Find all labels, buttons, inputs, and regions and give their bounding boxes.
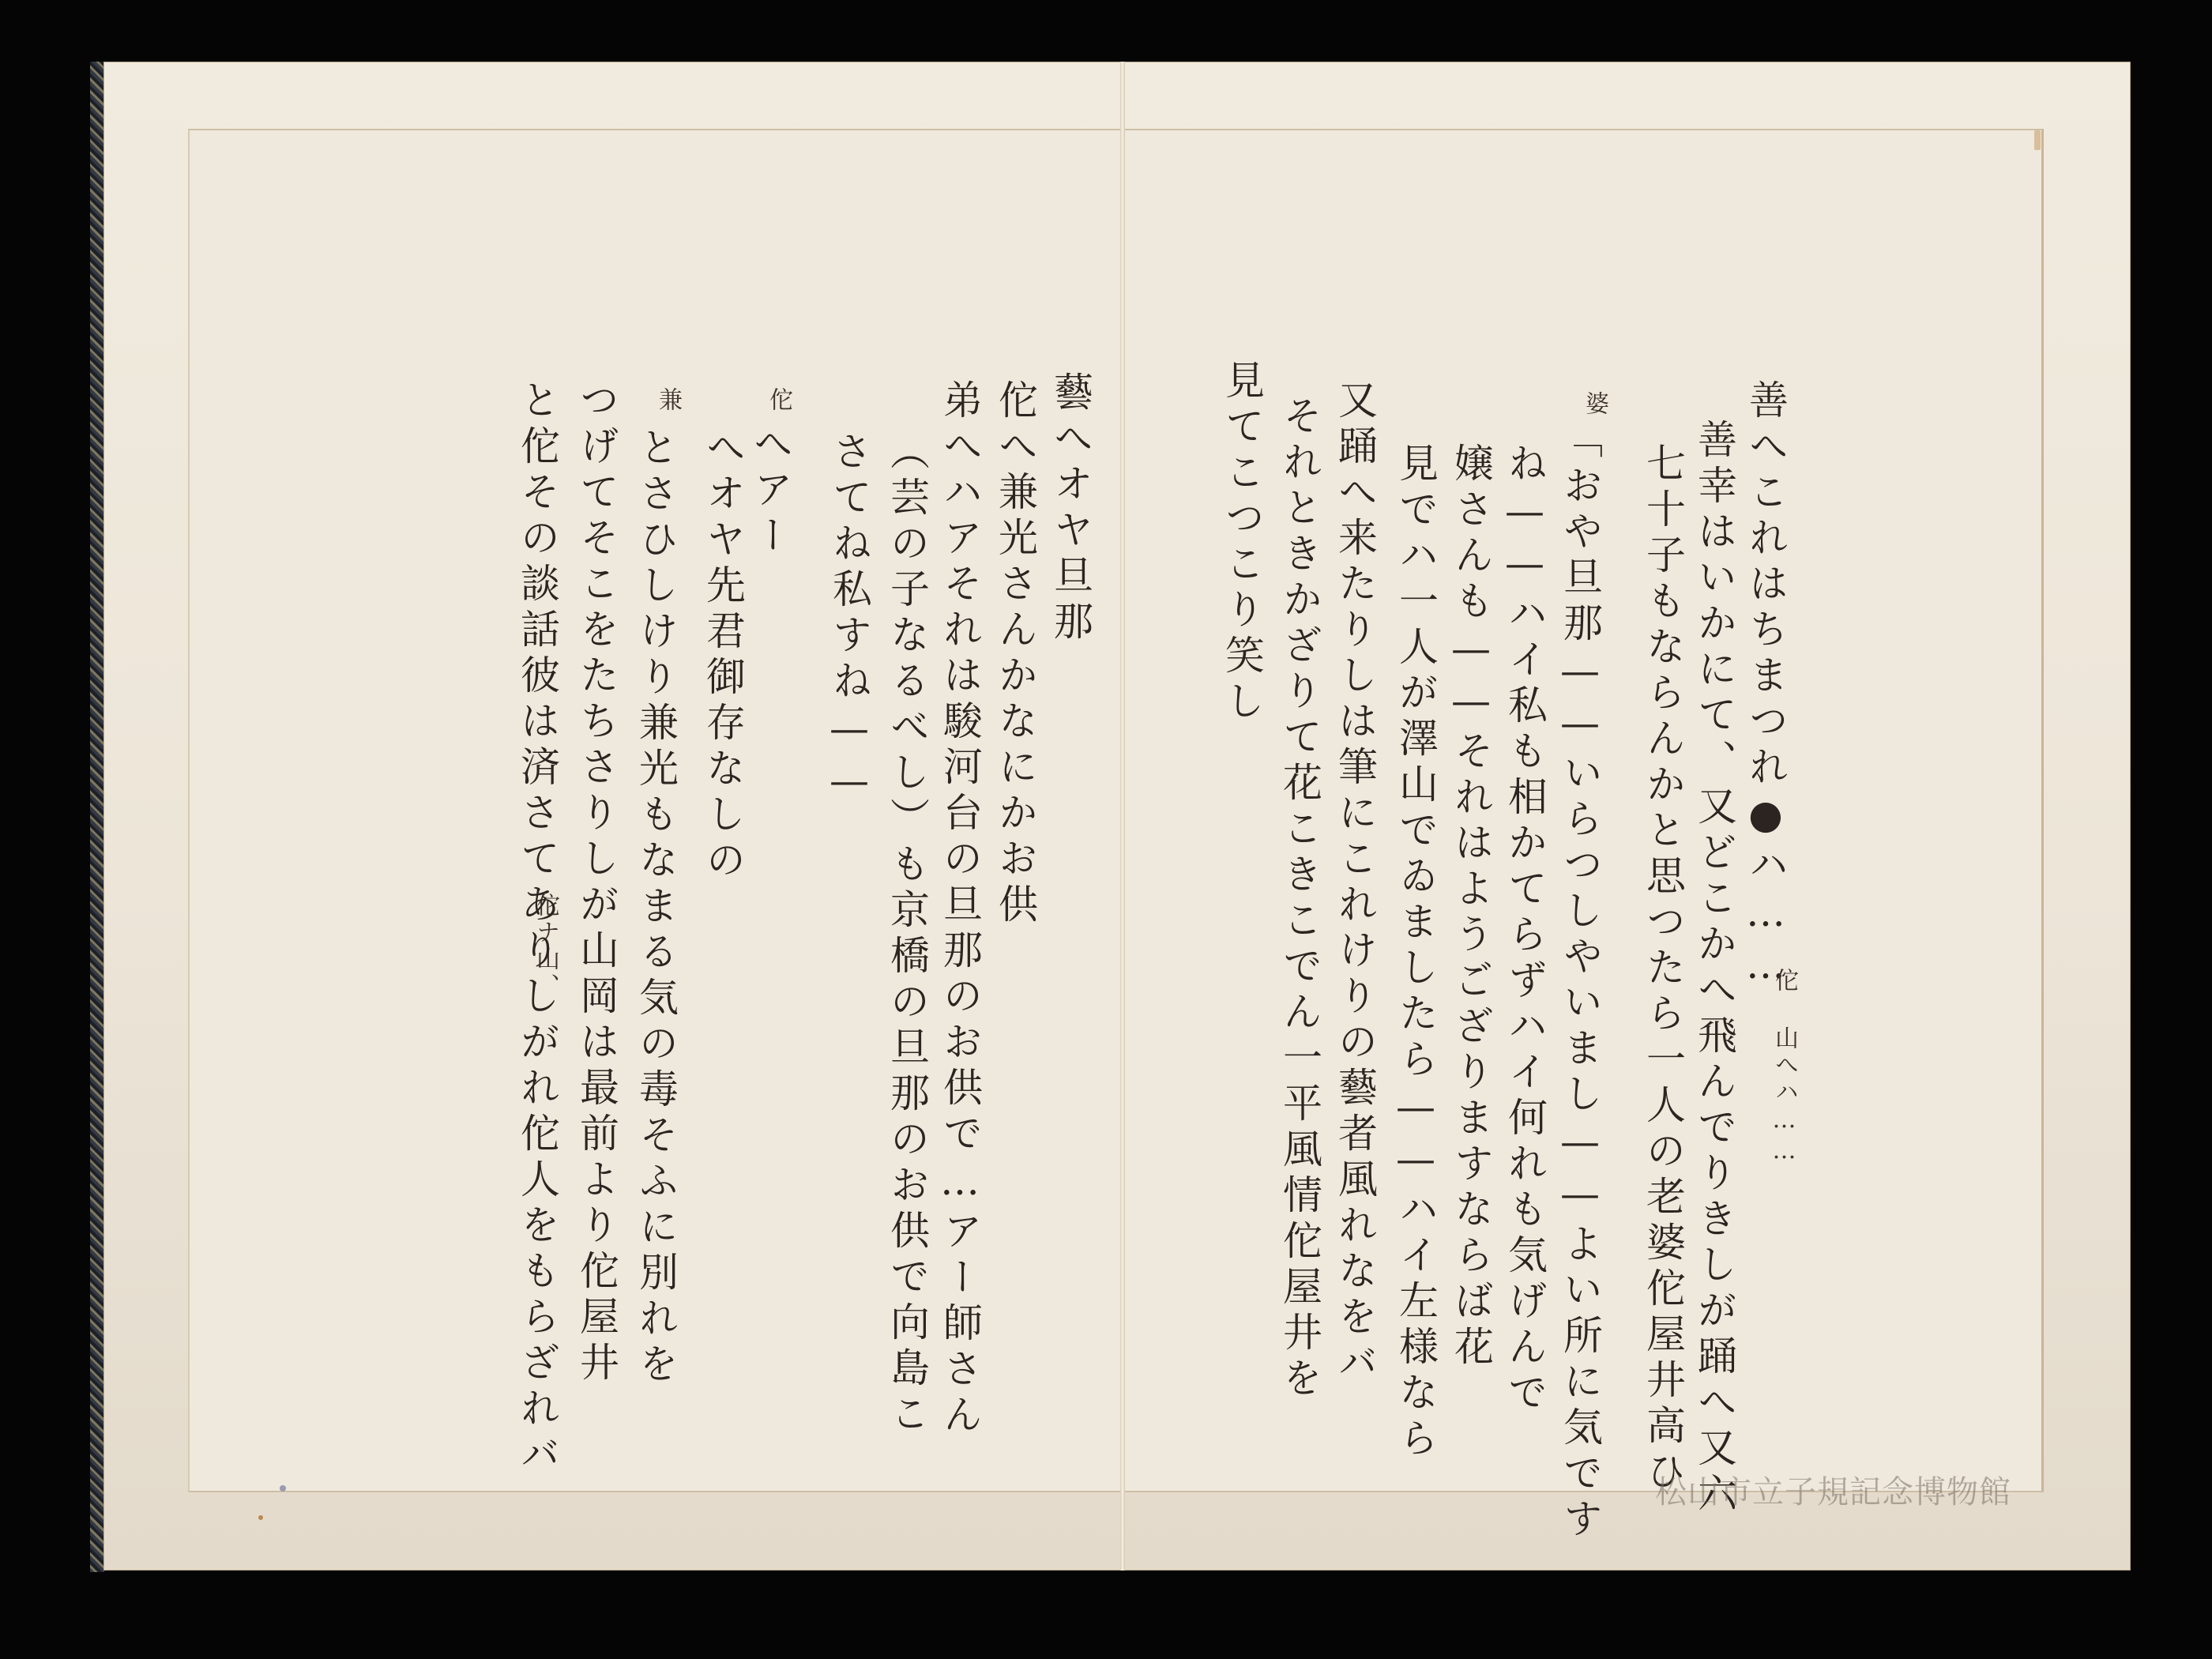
brocade-spine (90, 62, 104, 1572)
manuscript-column: 弟へハアそれは駿河台の旦那のお供で…アー師さん (940, 379, 980, 1439)
manuscript-column: へオヤ先君御存なしの (703, 427, 743, 885)
manuscript-column: 兼 (656, 387, 679, 414)
manuscript-column: 佗へ兼光さんかなにかお供 (995, 379, 1035, 929)
manuscript-column: 佗 山へハ…… (1772, 968, 1796, 1168)
manuscript-column: 善幸はいかにて、又どこかへ飛んでりきしが踊へ又六 (1695, 419, 1734, 1518)
manuscript-column: 見でハ一人が澤山でゐましたら——ハイ左様なら (1396, 442, 1435, 1463)
manuscript-column: （芸の子なるべし）も京橋の旦那のお供で向島こ (887, 431, 927, 1439)
manuscript-column: 「おや旦那——いらつしやいまし——よい所に気です (1560, 419, 1600, 1544)
manuscript-column: 佗 (766, 387, 790, 414)
manuscript-column: 見てこつこり笑し (1222, 359, 1262, 726)
manuscript-column: へアー (750, 423, 790, 560)
paper-stain (2034, 130, 2041, 150)
manuscript-column: 婆 (1582, 391, 1606, 418)
manuscript-column: ね——ハイ私も相かてらずハイ何れも気げんで (1505, 442, 1544, 1417)
center-fold (1120, 62, 1125, 1571)
manuscript-column: さてね私すね—— (829, 431, 869, 810)
manuscript-column: 又踊へ来たりしは筆にこれけりの藝者風れなをバ (1335, 379, 1375, 1387)
manuscript-column: つげてそこをたちさりしが山岡は最前より佗屋井 (577, 379, 616, 1387)
ink-speck (280, 1485, 286, 1492)
manuscript-column: 嬢さんも——それはようござりますならば花 (1451, 442, 1491, 1371)
manuscript-column: とさひしけり兼光もなまる気の毒そふに別れを (636, 427, 675, 1389)
manuscript-column: と佗その談話彼は済さてありしがれ佗人をもらざれバ (517, 379, 557, 1479)
ink-speck (258, 1515, 263, 1520)
manuscript-column: それときかざりて花こきこでん一平風情佗屋井を (1280, 395, 1319, 1403)
museum-watermark: 松山市立子規記念博物館 (1655, 1467, 2011, 1512)
manuscript-column: 善へこれはちまつれ●ハ…… (1746, 379, 1785, 994)
manuscript-column: 七十子もならんかと思つたら一人の老婆佗屋井高ひ (1643, 442, 1683, 1496)
manuscript-column: 藝へオヤ旦那 (1051, 371, 1090, 646)
